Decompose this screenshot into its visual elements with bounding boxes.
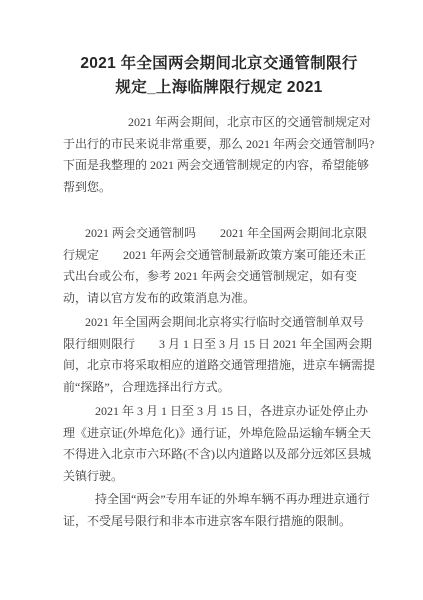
paragraph-special-pass: 持全国“两会”专用车证的外埠车辆不再办理进京通行证，不受尾号限行和非本市进京客车…: [63, 489, 375, 532]
paragraph-intro: 2021 年两会期间，北京市区的交通管制规定对于出行的市民来说非常重要，那么 2…: [63, 112, 375, 198]
paragraph-permit-suspension: 2021 年 3 月 1 日至 3 月 15 日，各进京办证处停止办理《进京证(…: [63, 401, 375, 487]
paragraph-policy-overview: 2021 两会交通管制吗 2021 年全国两会期间北京限行规定 2021 年两会…: [63, 223, 375, 309]
document-page: 2021 年全国两会期间北京交通管制限行规定_上海临牌限行规定 2021 202…: [0, 0, 423, 600]
document-title: 2021 年全国两会期间北京交通管制限行规定_上海临牌限行规定 2021: [63, 52, 375, 100]
paragraph-temporary-control: 2021 年全国两会期间北京将实行临时交通管制单双号限行细则限行 3 月 1 日…: [63, 312, 375, 398]
